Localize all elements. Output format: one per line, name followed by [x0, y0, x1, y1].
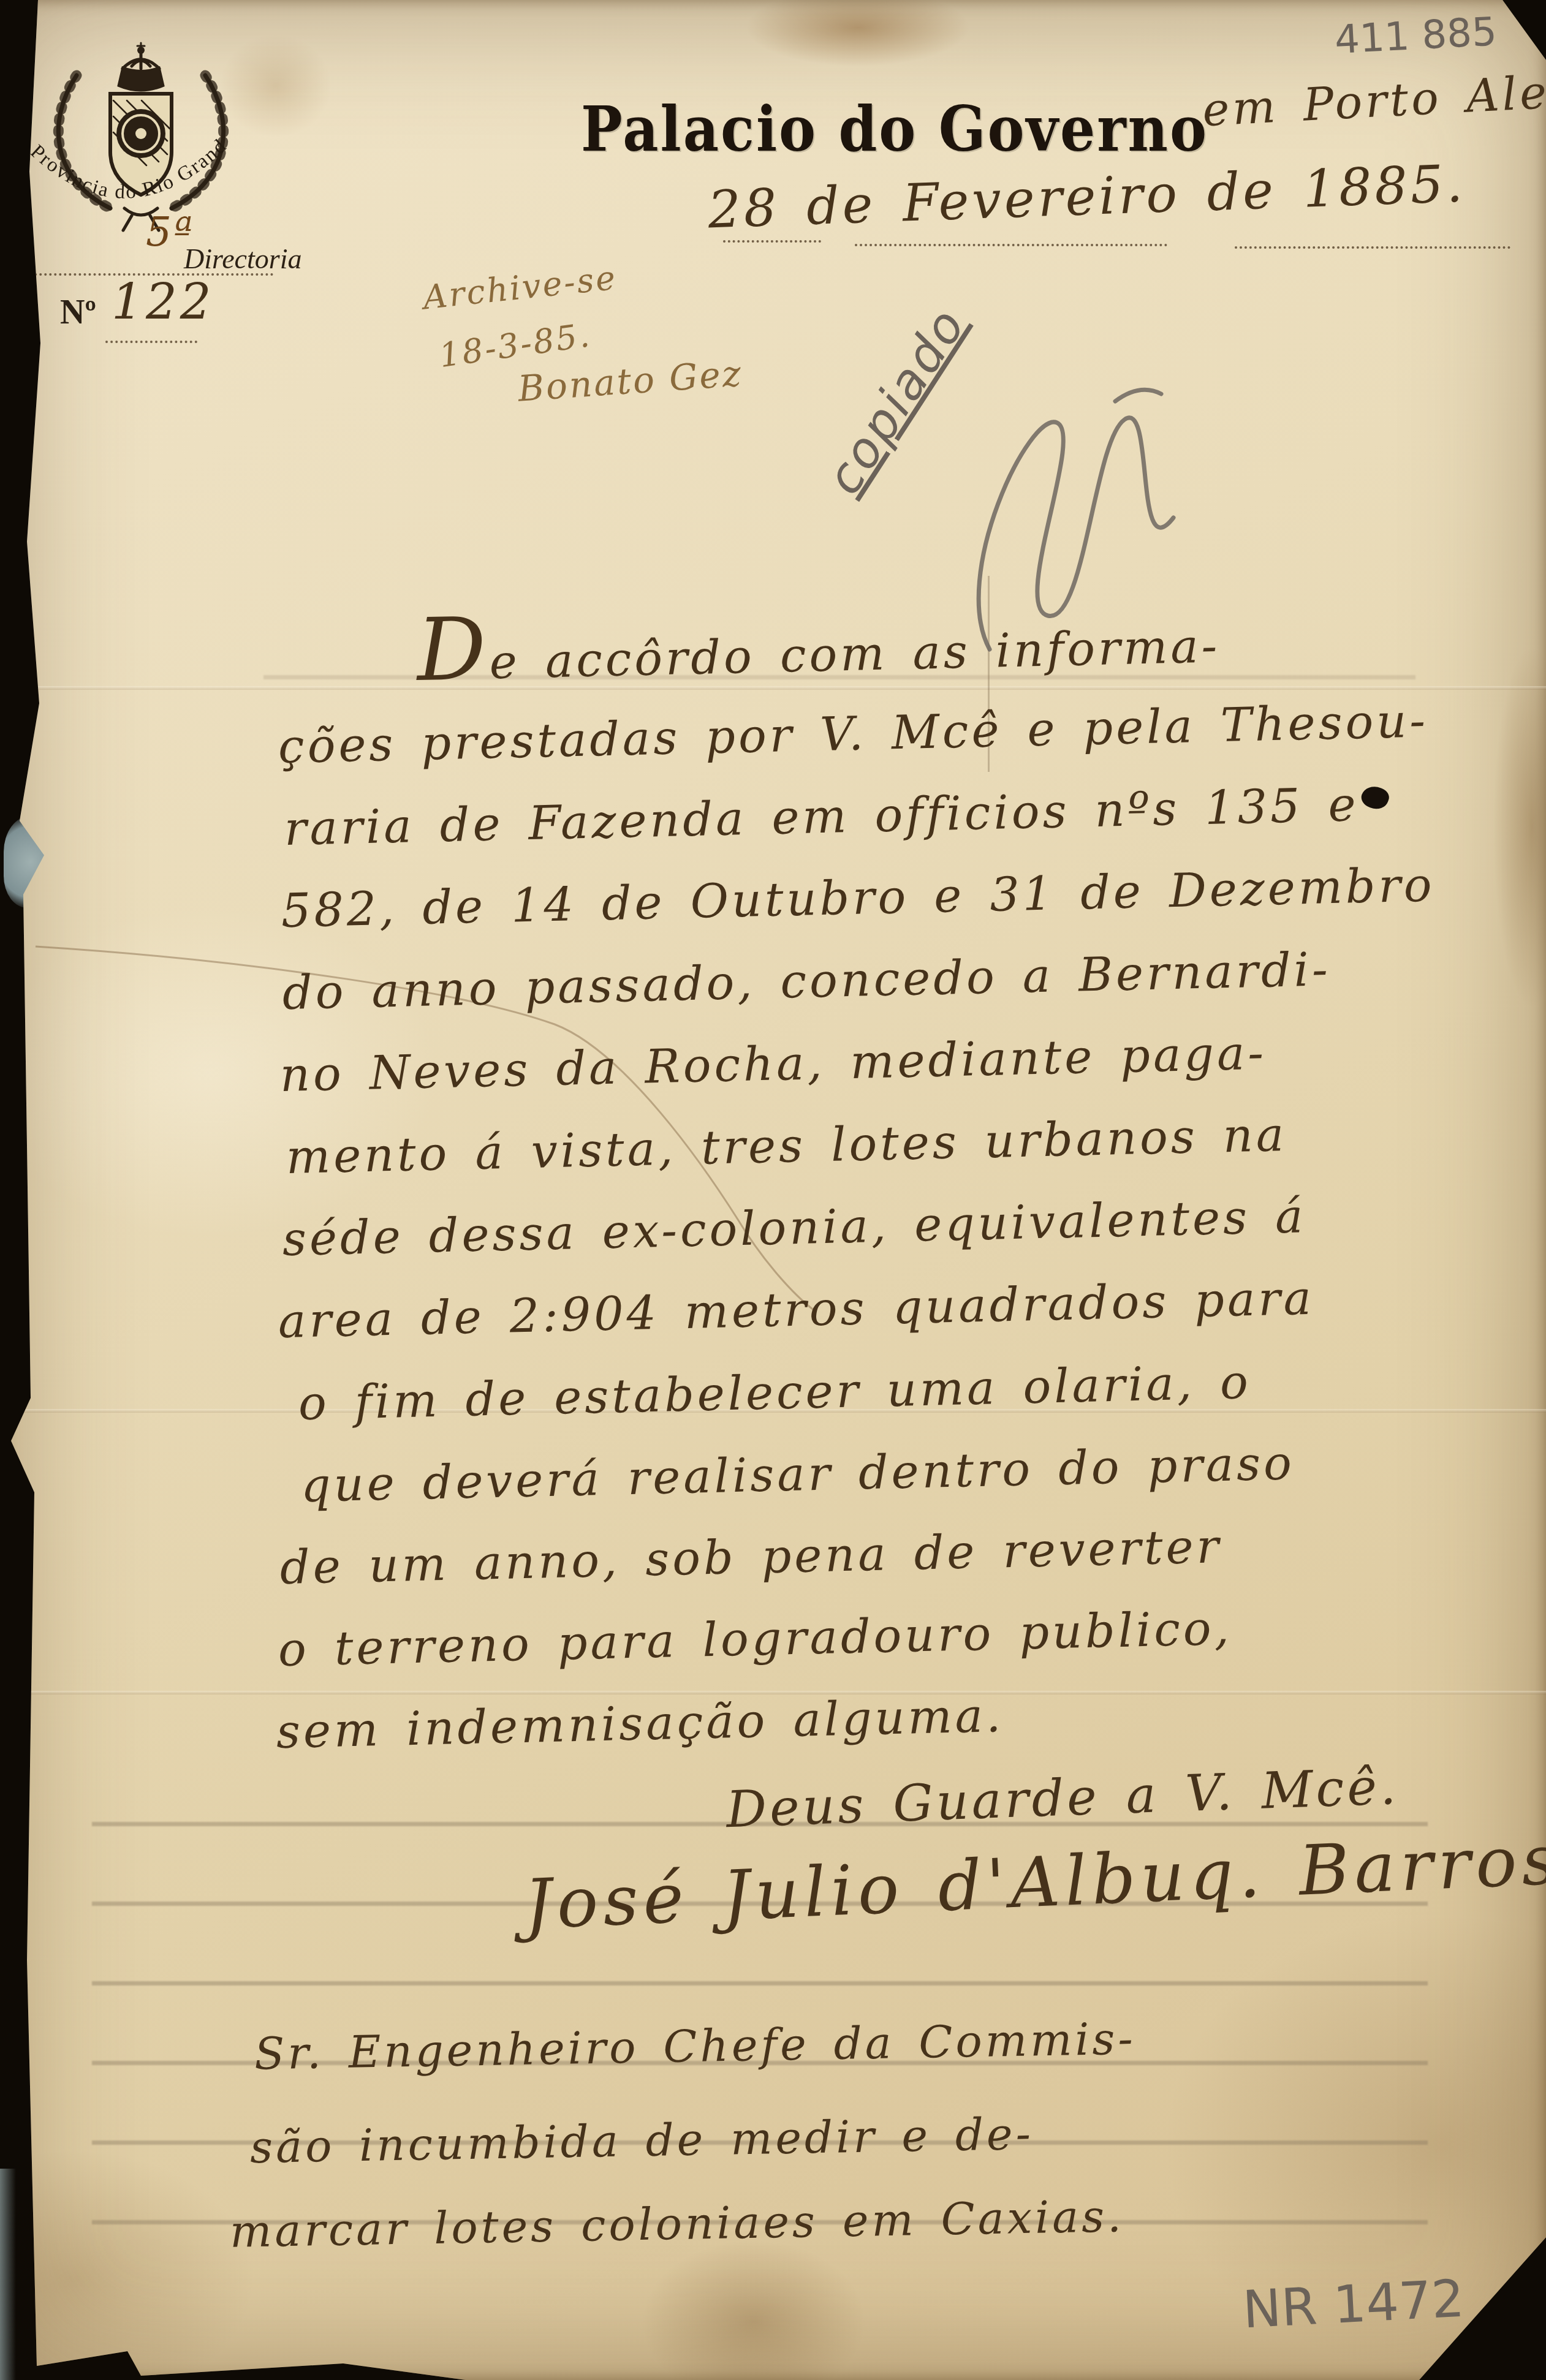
doc-number-dotted-line: [105, 341, 197, 343]
paper-sheet: Provincia do Rio Grande do Sul. 5ª Direc…: [0, 0, 1546, 2380]
doc-number-value: 122: [112, 273, 214, 330]
scan-background: Provincia do Rio Grande do Sul. 5ª Direc…: [0, 0, 1546, 2380]
document-scan: { "colors": { "background": "#0e0a05", "…: [0, 0, 1546, 2380]
date-dotted-line: [723, 240, 821, 243]
pencil-note-bottom-right: NR 1472: [1241, 2269, 1466, 2340]
directoria-label: Directoria: [184, 243, 302, 275]
pencil-note-top-right: 411 885: [1333, 9, 1498, 63]
date-dotted-line: [855, 244, 1167, 246]
letterhead-title: Palacio do Governo: [581, 93, 1208, 166]
date-dotted-line: [1235, 246, 1510, 249]
torn-edge-strip: [0, 2169, 16, 2380]
doc-number-label: Nº: [60, 293, 96, 332]
